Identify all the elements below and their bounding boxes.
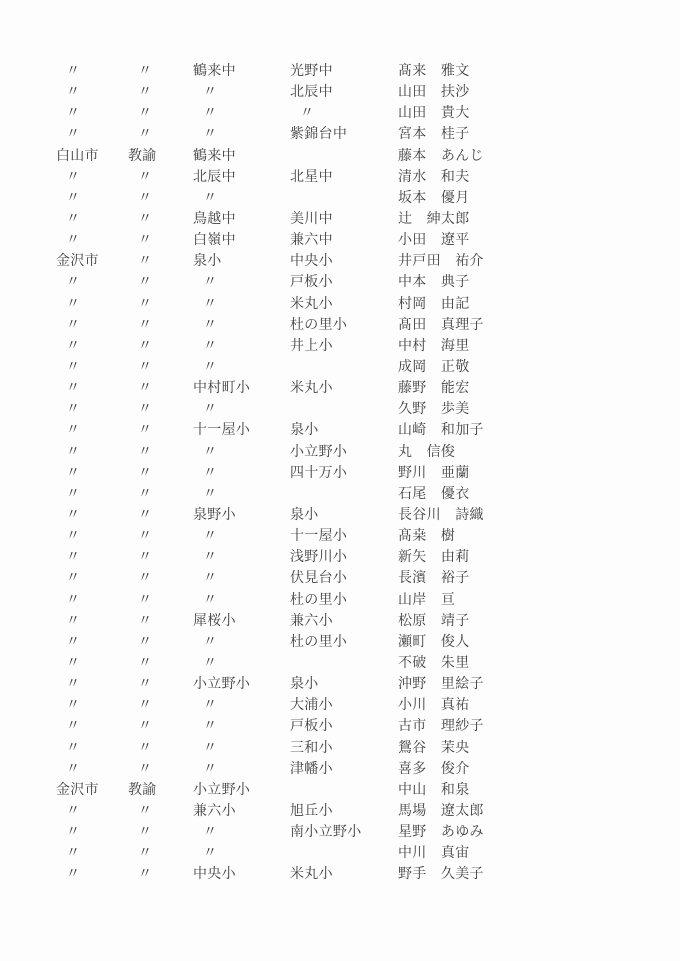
cell-name: 宮本 桂子 [398,123,470,144]
document-page: 〃〃鶴来中光野中髙来 雅文〃〃〃北辰中山田 扶沙〃〃〃〃山田 貴大〃〃〃紫錦台中… [0,0,680,961]
cell-municipality: 〃 [56,525,80,546]
table-row: 〃〃小立野小泉小沖野 里絵子 [0,673,680,694]
cell-position: 〃 [128,842,152,863]
cell-municipality: 〃 [56,589,80,610]
cell-municipality: 〃 [56,356,80,377]
cell-position: 〃 [128,504,152,525]
cell-position: 〃 [128,293,152,314]
cell-name: 坂本 優月 [398,187,470,208]
cell-school-from: 鶴来中 [193,60,236,81]
cell-municipality: 〃 [56,715,80,736]
cell-school-to: 杜の里小 [290,631,347,652]
cell-municipality: 金沢市 [56,250,99,271]
cell-school-from: 〃 [193,81,217,102]
cell-school-to: 兼六中 [290,229,333,250]
cell-school-from: 十一屋小 [193,419,250,440]
cell-school-to: 大浦小 [290,694,333,715]
cell-school-from: 〃 [193,102,217,123]
table-row: 〃〃泉野小泉小長谷川 詩織 [0,504,680,525]
cell-school-to: 井上小 [290,335,333,356]
cell-school-to: 米丸小 [290,293,333,314]
cell-position: 〃 [128,60,152,81]
cell-school-from: 〃 [193,123,217,144]
table-row: 白山市教諭鶴来中藤本 あんじ [0,145,680,166]
cell-school-to: 戸板小 [290,715,333,736]
cell-school-from: 鶴来中 [193,145,236,166]
cell-municipality: 〃 [56,123,80,144]
cell-name: 井戸田 祐介 [398,250,484,271]
cell-municipality: 〃 [56,758,80,779]
cell-municipality: 〃 [56,60,80,81]
cell-school-from: 〃 [193,483,217,504]
cell-municipality: 〃 [56,377,80,398]
cell-municipality: 〃 [56,546,80,567]
cell-municipality: 〃 [56,419,80,440]
table-row: 〃〃〃中川 真宙 [0,842,680,863]
cell-school-from: 〃 [193,652,217,673]
cell-name: 中川 真宙 [398,842,470,863]
cell-position: 〃 [128,462,152,483]
table-row: 〃〃中央小米丸小野手 久美子 [0,863,680,884]
table-row: 〃〃北辰中北星中清水 和夫 [0,166,680,187]
table-row: 〃〃犀桜小兼六小松原 靖子 [0,610,680,631]
table-row: 〃〃〃北辰中山田 扶沙 [0,81,680,102]
cell-school-to: 小立野小 [290,441,347,462]
cell-name: 石尾 優衣 [398,483,470,504]
cell-school-to: 泉小 [290,504,319,525]
cell-name: 野川 亜蘭 [398,462,470,483]
cell-name: 喜多 俊介 [398,758,470,779]
cell-school-to: 泉小 [290,419,319,440]
cell-school-to: 杜の里小 [290,589,347,610]
cell-name: 成岡 正敬 [398,356,470,377]
cell-school-to: 光野中 [290,60,333,81]
cell-municipality: 〃 [56,652,80,673]
cell-school-from: 〃 [193,567,217,588]
cell-position: 〃 [128,525,152,546]
table-row: 〃〃兼六小旭丘小馬場 遼太郎 [0,800,680,821]
cell-school-from: 〃 [193,546,217,567]
cell-municipality: 〃 [56,398,80,419]
cell-position: 〃 [128,250,152,271]
cell-school-from: 〃 [193,293,217,314]
cell-school-to: 美川中 [290,208,333,229]
cell-name: 中本 典子 [398,271,470,292]
cell-municipality: 〃 [56,271,80,292]
cell-name: 古市 理紗子 [398,715,484,736]
cell-school-to: 三和小 [290,737,333,758]
cell-school-from: 白嶺中 [193,229,236,250]
cell-position: 〃 [128,863,152,884]
cell-municipality: 〃 [56,567,80,588]
cell-position: 〃 [128,737,152,758]
cell-school-to: 十一屋小 [290,525,347,546]
cell-school-from: 〃 [193,694,217,715]
table-row: 〃〃〃戸板小古市 理紗子 [0,715,680,736]
cell-name: 馬場 遼太郎 [398,800,484,821]
cell-school-to: 米丸小 [290,377,333,398]
table-row: 〃〃〃久野 歩美 [0,398,680,419]
table-row: 〃〃〃杜の里小瀬町 俊人 [0,631,680,652]
cell-name: 清水 和夫 [398,166,470,187]
cell-name: 星野 あゆみ [398,821,484,842]
cell-position: 〃 [128,271,152,292]
table-row: 〃〃〃〃山田 貴大 [0,102,680,123]
table-row: 〃〃〃南小立野小星野 あゆみ [0,821,680,842]
cell-name: 瀬町 俊人 [398,631,470,652]
cell-name: 山田 貴大 [398,102,470,123]
table-row: 〃〃〃小立野小丸 信俊 [0,441,680,462]
cell-municipality: 〃 [56,187,80,208]
cell-position: 〃 [128,398,152,419]
cell-municipality: 〃 [56,737,80,758]
table-row: 〃〃中村町小米丸小藤野 能宏 [0,377,680,398]
cell-position: 〃 [128,546,152,567]
cell-school-from: 〃 [193,398,217,419]
cell-name: 藤本 あんじ [398,145,484,166]
cell-position: 〃 [128,610,152,631]
cell-position: 〃 [128,187,152,208]
table-row: 〃〃〃紫錦台中宮本 桂子 [0,123,680,144]
cell-municipality: 〃 [56,631,80,652]
cell-position: 〃 [128,652,152,673]
cell-name: 髙田 真理子 [398,314,484,335]
cell-school-to: 旭丘小 [290,800,333,821]
cell-name: 山崎 和加子 [398,419,484,440]
cell-school-to: 紫錦台中 [290,123,347,144]
cell-school-to: 北星中 [290,166,333,187]
cell-school-to: 泉小 [290,673,319,694]
table-row: 〃〃〃井上小中村 海里 [0,335,680,356]
cell-school-from: 〃 [193,842,217,863]
table-row: 〃〃白嶺中兼六中小田 遼平 [0,229,680,250]
cell-position: 教諭 [128,779,157,800]
table-row: 〃〃〃石尾 優衣 [0,483,680,504]
table-row: 〃〃鶴来中光野中髙来 雅文 [0,60,680,81]
cell-municipality: 〃 [56,441,80,462]
table-row: 〃〃〃浅野川小新矢 由莉 [0,546,680,567]
cell-name: 髙桒 樹 [398,525,455,546]
cell-position: 〃 [128,821,152,842]
cell-position: 〃 [128,567,152,588]
cell-municipality: 〃 [56,335,80,356]
cell-municipality: 〃 [56,462,80,483]
cell-name: 辻 紳太郎 [398,208,470,229]
table-row: 金沢市教諭小立野小中山 和泉 [0,779,680,800]
table-row: 〃〃〃坂本 優月 [0,187,680,208]
cell-position: 〃 [128,123,152,144]
cell-municipality: 〃 [56,504,80,525]
cell-position: 〃 [128,229,152,250]
table-row: 〃〃〃米丸小村岡 由記 [0,293,680,314]
table-row: 金沢市〃泉小中央小井戸田 祐介 [0,250,680,271]
cell-position: 教諭 [128,145,157,166]
cell-position: 〃 [128,800,152,821]
cell-name: 不破 朱里 [398,652,470,673]
cell-school-to: 伏見台小 [290,567,347,588]
cell-municipality: 〃 [56,842,80,863]
table-row: 〃〃〃三和小鴛谷 茉央 [0,737,680,758]
cell-school-from: 〃 [193,356,217,377]
cell-school-to: 戸板小 [290,271,333,292]
cell-name: 村岡 由記 [398,293,470,314]
table-row: 〃〃〃四十万小野川 亜蘭 [0,462,680,483]
cell-school-from: 〃 [193,525,217,546]
cell-name: 小川 真祐 [398,694,470,715]
cell-school-from: 〃 [193,589,217,610]
cell-municipality: 〃 [56,102,80,123]
cell-position: 〃 [128,166,152,187]
cell-school-from: 犀桜小 [193,610,236,631]
cell-position: 〃 [128,631,152,652]
table-row: 〃〃〃伏見台小長濱 裕子 [0,567,680,588]
cell-name: 中山 和泉 [398,779,470,800]
cell-position: 〃 [128,441,152,462]
cell-school-from: 泉野小 [193,504,236,525]
cell-school-from: 鳥越中 [193,208,236,229]
cell-name: 小田 遼平 [398,229,470,250]
cell-school-to: 杜の里小 [290,314,347,335]
cell-municipality: 〃 [56,694,80,715]
cell-name: 野手 久美子 [398,863,484,884]
cell-school-to: 〃 [290,102,314,123]
cell-school-to: 浅野川小 [290,546,347,567]
table-row: 〃〃〃十一屋小髙桒 樹 [0,525,680,546]
cell-position: 〃 [128,483,152,504]
cell-position: 〃 [128,694,152,715]
cell-position: 〃 [128,419,152,440]
cell-name: 中村 海里 [398,335,470,356]
cell-position: 〃 [128,208,152,229]
cell-name: 久野 歩美 [398,398,470,419]
cell-school-to: 北辰中 [290,81,333,102]
table-row: 〃〃〃戸板小中本 典子 [0,271,680,292]
cell-school-from: 北辰中 [193,166,236,187]
cell-school-from: 〃 [193,441,217,462]
cell-school-from: 小立野小 [193,779,250,800]
cell-name: 山田 扶沙 [398,81,470,102]
cell-position: 〃 [128,758,152,779]
cell-municipality: 金沢市 [56,779,99,800]
cell-municipality: 〃 [56,800,80,821]
cell-school-from: 〃 [193,758,217,779]
cell-position: 〃 [128,81,152,102]
table-row: 〃〃〃成岡 正敬 [0,356,680,377]
cell-school-from: 〃 [193,314,217,335]
cell-municipality: 〃 [56,610,80,631]
cell-school-to: 四十万小 [290,462,347,483]
cell-municipality: 〃 [56,293,80,314]
cell-school-from: 〃 [193,187,217,208]
table-row: 〃〃〃津幡小喜多 俊介 [0,758,680,779]
cell-school-from: 〃 [193,821,217,842]
cell-school-to: 津幡小 [290,758,333,779]
cell-school-from: 〃 [193,335,217,356]
cell-municipality: 〃 [56,166,80,187]
cell-municipality: 白山市 [56,145,99,166]
cell-name: 新矢 由莉 [398,546,470,567]
table-row: 〃〃十一屋小泉小山崎 和加子 [0,419,680,440]
transfer-table: 〃〃鶴来中光野中髙来 雅文〃〃〃北辰中山田 扶沙〃〃〃〃山田 貴大〃〃〃紫錦台中… [0,60,680,884]
cell-name: 髙来 雅文 [398,60,470,81]
cell-name: 鴛谷 茉央 [398,737,470,758]
cell-school-to: 南小立野小 [290,821,362,842]
table-row: 〃〃鳥越中美川中辻 紳太郎 [0,208,680,229]
cell-position: 〃 [128,314,152,335]
cell-school-from: 〃 [193,631,217,652]
cell-municipality: 〃 [56,229,80,250]
cell-position: 〃 [128,356,152,377]
cell-name: 沖野 里絵子 [398,673,484,694]
cell-municipality: 〃 [56,81,80,102]
cell-name: 藤野 能宏 [398,377,470,398]
cell-school-from: 〃 [193,271,217,292]
cell-school-to: 中央小 [290,250,333,271]
cell-school-to: 兼六小 [290,610,333,631]
cell-municipality: 〃 [56,314,80,335]
table-row: 〃〃〃大浦小小川 真祐 [0,694,680,715]
cell-school-to: 米丸小 [290,863,333,884]
table-row: 〃〃〃杜の里小山岸 亘 [0,589,680,610]
cell-name: 山岸 亘 [398,589,455,610]
cell-school-from: 小立野小 [193,673,250,694]
cell-position: 〃 [128,715,152,736]
cell-name: 松原 靖子 [398,610,470,631]
cell-position: 〃 [128,335,152,356]
cell-municipality: 〃 [56,673,80,694]
table-row: 〃〃〃杜の里小髙田 真理子 [0,314,680,335]
cell-school-from: 中央小 [193,863,236,884]
cell-school-from: 〃 [193,737,217,758]
cell-municipality: 〃 [56,821,80,842]
cell-school-from: 〃 [193,715,217,736]
cell-name: 長谷川 詩織 [398,504,484,525]
cell-position: 〃 [128,673,152,694]
cell-name: 長濱 裕子 [398,567,470,588]
cell-municipality: 〃 [56,863,80,884]
cell-school-from: 中村町小 [193,377,250,398]
cell-name: 丸 信俊 [398,441,455,462]
cell-school-from: 兼六小 [193,800,236,821]
cell-municipality: 〃 [56,208,80,229]
cell-position: 〃 [128,589,152,610]
cell-municipality: 〃 [56,483,80,504]
cell-position: 〃 [128,102,152,123]
cell-school-from: 〃 [193,462,217,483]
table-row: 〃〃〃不破 朱里 [0,652,680,673]
cell-position: 〃 [128,377,152,398]
cell-school-from: 泉小 [193,250,222,271]
